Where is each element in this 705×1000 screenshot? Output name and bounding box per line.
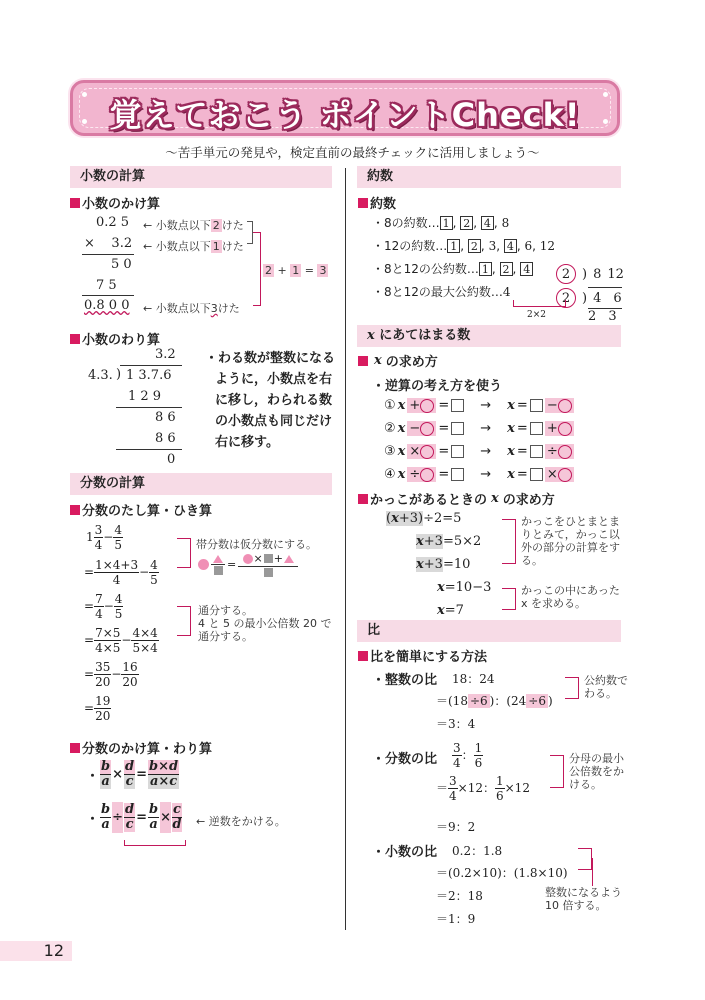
square-bullet-icon [70,334,80,344]
mult-row-3: 5 0 [111,257,132,272]
bracket [592,858,593,886]
rule-line [116,407,182,408]
divisor-item-4: ・8と12の最大公約数…4 [372,283,511,300]
section-heading-divisors: 約数 [357,166,621,188]
div-dividend: 1 3.7.6 [126,368,171,383]
page-subtitle: ～苦手単元の発見や，検定直前の最終チェックに活用しましょう～ [0,143,705,161]
note-times-ten: 整数になるよう10 倍する。 [545,886,622,912]
square-bullet-icon [70,198,80,208]
ratio-dec-l2: ＝(0.2×10)：(1.8×10) [436,864,568,881]
ratio-int-l1: 18：24 [452,670,495,687]
bracket [502,588,516,610]
circle-shape-icon [198,559,209,570]
bracket [253,232,261,306]
section-heading-fraction: 分数の計算 [70,473,332,495]
note-find-x: かっこの中にあったx を求める。 [521,584,620,610]
triangle-shape-icon [213,555,223,563]
div-divisor: 4.3. [88,368,113,383]
bracket [550,755,564,788]
note-common-denominator: 通分する。 4 と 5 の最小公倍数 20 で 通分する。 [198,604,331,643]
page-title: 覚えておこう ポイントCheck! [73,90,617,136]
paren-step-2: x+3=5×2 [416,534,481,549]
note-lcm: 分母の最小公倍数をかける。 [569,752,624,791]
bracket [578,848,592,870]
rule-line [82,295,134,296]
mult-note-1: ← 小数点以下2けた [143,217,244,233]
note-mixed-fraction: 帯分数は仮分数にする。 [196,536,317,552]
bracket [177,606,191,636]
frac-line-5: =3520−1620 [84,660,139,689]
div-step-4: 0 [167,452,175,467]
subheading-x-method: xの求め方 [358,351,438,370]
bracket [177,538,191,568]
bracket [502,519,516,564]
subheading-ratio: 比を簡単にする方法 [358,646,487,665]
ratio-frac-l1: 34：16 [452,741,483,770]
section-heading-x: x にあてはまる数 [357,325,621,347]
gcd-arrow [513,300,566,307]
frac-line-3: =74−45 [84,592,123,621]
div-step-3: 8 6 [155,431,176,446]
ratio-frac-l2: ＝34×12：16×12 [436,774,530,803]
mixed-fraction-formula: = ×+ [198,552,298,577]
divisor-item-1: ・8の約数…1, 2, 4, 8 [372,214,509,231]
subheading-decimal-mult: 小数のかけ算 [70,193,160,212]
subheading-label: 小数のかけ算 [82,193,160,212]
ratio-frac-label: ・分数の比 [372,748,437,767]
mult-row-1: 0.2 5 [96,215,129,230]
ladder-row-3: 2 3 [588,309,617,324]
frac-line-1: 134−45 [86,523,123,552]
section-heading-ratio: 比 [357,620,621,642]
ratio-int-l2: ＝(18÷6)：(24÷6) [436,692,553,709]
ratio-dec-label: ・小数の比 [372,841,437,860]
subheading-label: 約数 [370,193,396,212]
rule-line [120,365,182,366]
mult-note-3: ← 小数点以下3けた [143,300,240,316]
square-shape-icon [214,566,223,575]
div-explanation: ・わる数が整数になる ように，小数点を右 に移し，わられる数 の小数点も同じだけ… [205,348,335,453]
reciprocal-arrow [124,840,186,846]
bracket [565,677,579,699]
square-bullet-icon [358,494,368,504]
rule-line [116,449,182,450]
div-step-2: 8 6 [155,410,176,425]
frac-line-4: =7×54×5−4×45×4 [84,626,159,655]
ratio-dec-l4: ＝1：9 [436,910,475,927]
square-bullet-icon [70,743,80,753]
inverse-rule-3: ③x×=→x=÷ [384,444,574,459]
square-bullet-icon [70,505,80,515]
title-banner: 覚えておこう ポイントCheck! [70,80,620,136]
div-paren: ) [116,367,121,382]
variable-x: x [367,328,375,343]
subheading-fraction-muldiv: 分数のかけ算・わり算 [70,738,212,757]
square-bullet-icon [358,651,368,661]
subheading-fraction-addsub: 分数のたし算・ひき算 [70,500,212,519]
frac-line-2: =1×4+34−45 [84,558,159,587]
inverse-rule-1: ①x+=→x=− [384,398,574,413]
column-divider [345,168,346,930]
fraction-div-rule: ・ ba ÷ dc = ba × cd [86,802,182,833]
square-bullet-icon [358,356,368,366]
section-heading-decimal: 小数の計算 [70,166,332,188]
subheading-label: 比を簡単にする方法 [370,646,487,665]
div-quotient: 3.2 [155,347,176,362]
rule-line [82,254,134,255]
subheading-decimal-div: 小数のわり算 [70,329,160,348]
ratio-int-label: ・整数の比 [372,669,437,688]
mult-row-2: × 3.2 [84,236,132,251]
square-bullet-icon [358,198,368,208]
mult-row-4: 7 5 [96,278,117,293]
page-number: 12 [0,941,72,961]
paren-step-3: x+3=10 [416,557,470,572]
ratio-int-l3: ＝3：4 [436,715,475,732]
inverse-rule-4: ④x÷=→x=× [384,467,574,482]
divisor-item-2: ・12の約数…1, 2, 3, 4, 6, 12 [372,237,555,254]
subheading-label: 分数のたし算・ひき算 [82,500,212,519]
div-step-1: 1 2 9 [128,389,161,404]
fraction-mult-rule: ・ ba × dc = b×da×c [86,760,179,789]
frac-line-6: =1920 [84,694,111,723]
note-reciprocal: ← 逆数をかける。 [196,813,286,829]
note-gcd: 公約数でわる。 [584,674,628,700]
ratio-dec-l1: 0.2：1.8 [452,842,502,859]
ladder-row-1: 2)812 [556,264,624,284]
subheading-divisors: 約数 [358,193,396,212]
paren-step-1: (x+3)÷2=5 [386,511,461,526]
ratio-dec-l3: ＝2：18 [436,887,483,904]
subheading-label: 分数のかけ算・わり算 [82,738,212,757]
subheading-label: 小数のわり算 [82,329,160,348]
mult-note-2: ← 小数点以下1けた [143,238,244,254]
gcd-note: 2×2 [527,310,546,320]
subheading-paren-x: かっこがあるときのxの求め方 [358,489,555,508]
paren-step-4: x=10−3 [437,580,491,595]
ratio-frac-l3: ＝9：2 [436,818,475,835]
paren-step-5: x=7 [437,603,464,618]
inverse-operation-bullet: ・逆算の考え方を使う [372,375,502,394]
note-paren: かっこをひとまとまりとみて，かっこ以外の部分の計算をする。 [521,515,620,567]
digit-sum: 2 + 1 = 3 [263,264,328,277]
inverse-rule-2: ②x−=→x=+ [384,421,574,436]
mult-result: 0.8 0 0 [84,298,129,313]
divisor-item-3: ・8と12の公約数…1, 2, 4 [372,260,533,277]
